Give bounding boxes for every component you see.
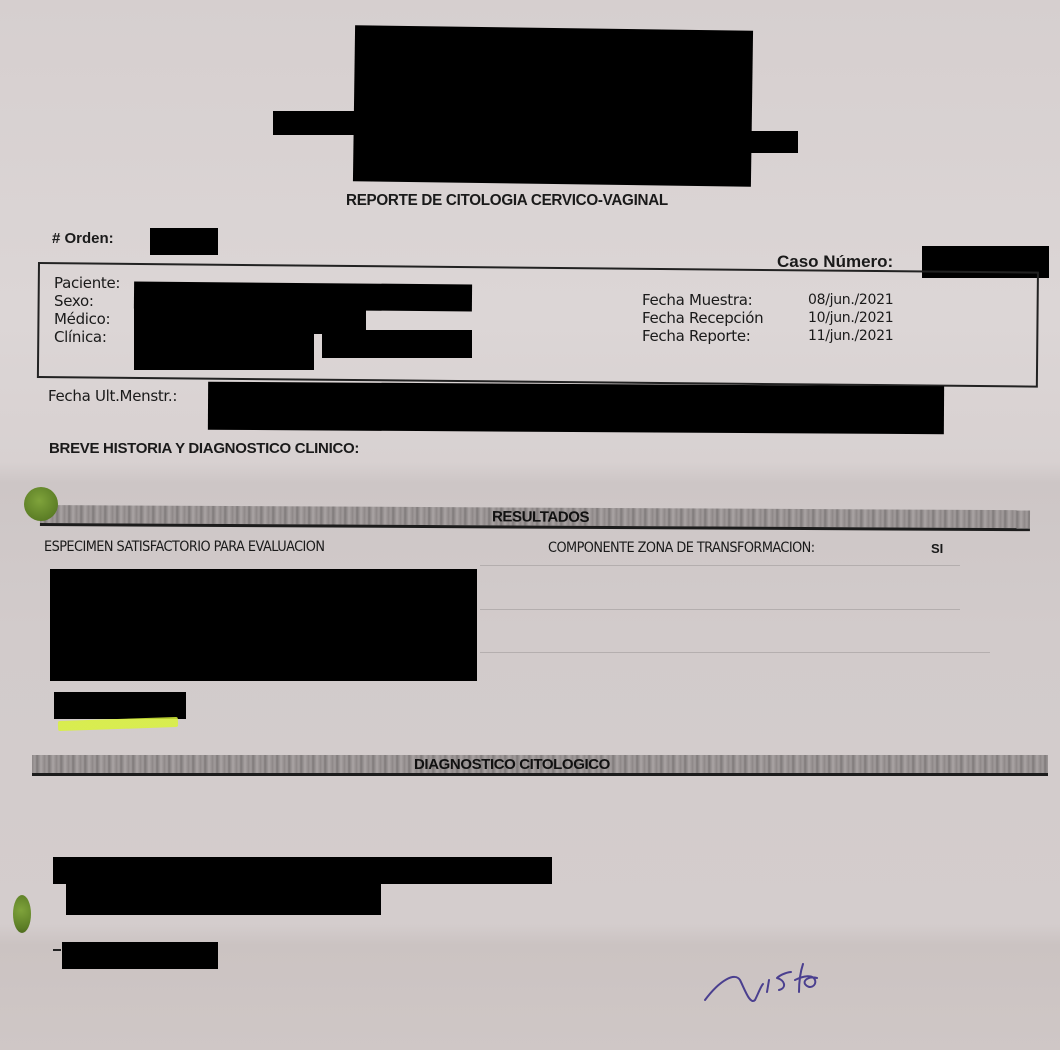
divider-line — [480, 565, 960, 566]
redacted-diagnostico-line-2 — [66, 882, 381, 915]
divider-line — [480, 652, 990, 653]
redacted-diagnostico-line-3 — [62, 942, 218, 969]
breve-historia-label: BREVE HISTORIA Y DIAGNOSTICO CLINICO: — [49, 440, 359, 457]
fecha-recepcion-label: Fecha Recepción — [642, 309, 763, 327]
fecha-reporte-label: Fecha Reporte: — [642, 327, 751, 345]
especimen-satisfactorio: ESPECIMEN SATISFACTORIO PARA EVALUACION — [44, 539, 324, 555]
zona-transformacion-label: COMPONENTE ZONA DE TRANSFORMACION: — [548, 540, 815, 556]
sexo-label: Sexo: — [54, 292, 94, 310]
bullet-dash — [53, 949, 61, 951]
medico-label: Médico: — [54, 310, 110, 328]
resultados-band: RESULTADOS — [40, 505, 1030, 531]
clinica-label: Clínica: — [54, 328, 107, 346]
redacted-header-logo — [353, 25, 753, 187]
fecha-reporte-value: 11/jun./2021 — [808, 328, 893, 344]
green-sticker-dot — [24, 487, 58, 521]
diagnostico-band: DIAGNOSTICO CITOLOGICO — [32, 755, 1048, 776]
handwritten-visto-signature: visto — [695, 950, 855, 1010]
redacted-diagnostico-line-1 — [53, 857, 552, 884]
redacted-header-left-bar — [273, 111, 357, 135]
report-title: REPORTE DE CITOLOGIA CERVICO-VAGINAL — [346, 192, 668, 210]
fecha-muestra-value: 08/jun./2021 — [808, 292, 893, 308]
redacted-medico-extended — [322, 330, 472, 358]
diagnostico-heading: DIAGNOSTICO CITOLOGICO — [414, 756, 610, 773]
orden-label: # Orden: — [52, 230, 114, 247]
redacted-clinica — [134, 330, 314, 370]
redacted-fecha-ult-menstr — [208, 382, 944, 434]
fecha-recepcion-value: 10/jun./2021 — [808, 310, 893, 326]
resultados-heading: RESULTADOS — [492, 508, 589, 526]
redacted-resultados-note — [54, 692, 186, 719]
fecha-muestra-label: Fecha Muestra: — [642, 291, 752, 309]
fecha-ult-menstr-label: Fecha Ult.Menstr.: — [48, 387, 177, 405]
highlighter-mark — [58, 717, 178, 731]
redacted-orden-number — [150, 228, 218, 255]
redacted-paciente — [134, 282, 472, 312]
divider-line — [480, 609, 960, 610]
redacted-resultados-text — [50, 569, 477, 681]
zona-transformacion-value: SI — [931, 541, 943, 556]
paciente-label: Paciente: — [54, 274, 120, 292]
redacted-header-right-bar — [748, 131, 798, 153]
green-sticker-dot — [13, 895, 31, 933]
